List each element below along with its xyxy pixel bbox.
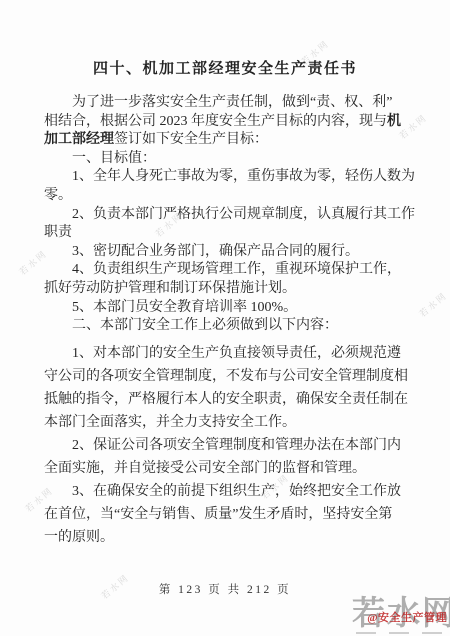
emphasized-text: 加工部经理 (44, 132, 114, 147)
text-line: 2、保证公司各项安全管理制度和管理办法在本部门内 (44, 434, 394, 457)
body-text: 零。 (44, 188, 72, 203)
text-line: 2、负责本部门严格执行公司规章制度，认真履行其工作 (44, 206, 394, 225)
body-text: 抓好劳动防护管理和制订环保措施计划。 (44, 281, 296, 296)
section-goals: 为了进一步落实安全生产责任制，做到“责、权、利”相结合，根据公司 2023 年度… (44, 94, 394, 336)
diagonal-watermark: 若水网 (416, 289, 450, 320)
text-line: 相结合，根据公司 2023 年度安全生产目标的内容，现与机 (44, 113, 394, 132)
text-line: 4、负责组织生产现场管理工作，重视环境保护工作， (44, 261, 394, 280)
body-text: 全面实施，并自觉接受公司安全部门的监督和管理。 (44, 461, 366, 476)
text-line: 加工部经理签订如下安全生产目标： (44, 131, 394, 150)
text-line: 抓好劳动防护管理和制订环保措施计划。 (44, 280, 394, 299)
emphasized-text: 机 (387, 114, 401, 129)
text-line: 1、对本部门的安全生产负直接领导责任，必须规范遵 (44, 342, 394, 365)
body-text: 为了进一步落实安全生产责任制，做到“责、权、利” (72, 95, 392, 110)
text-line: 本部门全面落实，并全力支持安全工作。 (44, 411, 394, 434)
body-text: 3、密切配合业务部门，确保产品合同的履行。 (72, 244, 359, 259)
body-text: 守公司的各项安全管理制度，不发布与公司安全管理制度相 (44, 369, 408, 384)
body-text: 抵触的指令，严格履行本人的安全职责，确保安全责任制在 (44, 392, 408, 407)
brand-watermark-text: 若水网 (352, 598, 450, 631)
text-line: 5、本部门员安全教育培训率 100%。 (44, 299, 394, 318)
page-number: 第 123 页 共 212 页 (0, 581, 450, 597)
text-line: 3、在确保安全的前提下组织生产，始终把安全工作放 (44, 480, 394, 503)
body-text: 一、目标值： (72, 151, 156, 166)
body-text: 4、负责组织生产现场管理工作，重视环境保护工作， (72, 262, 401, 277)
text-line: 3、密切配合业务部门，确保产品合同的履行。 (44, 243, 394, 262)
text-line: 在首位，当“安全与销售、质量”发生矛盾时，坚持安全第 (44, 503, 394, 526)
body-text: 本部门全面落实，并全力支持安全工作。 (44, 415, 296, 430)
text-line: 1、全年人身死亡事故为零，重伤事故为零，轻伤人数为 (44, 168, 394, 187)
body-text: 1、全年人身死亡事故为零，重伤事故为零，轻伤人数为 (72, 169, 415, 184)
body-text: 签订如下安全生产目标： (114, 132, 268, 147)
document-page: 四十、机加工部经理安全生产责任书 为了进一步落实安全生产责任制，做到“责、权、利… (0, 0, 450, 636)
body-text: 职责 (44, 225, 72, 240)
section-duties: 1、对本部门的安全生产负直接领导责任，必须规范遵守公司的各项安全管理制度，不发布… (44, 342, 394, 549)
text-line: 全面实施，并自觉接受公司安全部门的监督和管理。 (44, 457, 394, 480)
text-line: 二、本部门安全工作上必须做到以下内容： (44, 317, 394, 336)
body-text: 1、对本部门的安全生产负直接领导责任，必须规范遵 (72, 346, 401, 361)
text-line: 零。 (44, 187, 394, 206)
text-line: 抵触的指令，严格履行本人的安全职责，确保安全责任制在 (44, 388, 394, 411)
text-line: 守公司的各项安全管理制度，不发布与公司安全管理制度相 (44, 365, 394, 388)
text-line: 为了进一步落实安全生产责任制，做到“责、权、利” (44, 94, 394, 113)
brand-watermark-underline (356, 632, 442, 634)
body-text: 3、在确保安全的前提下组织生产，始终把安全工作放 (72, 484, 401, 499)
text-line: 一的原则。 (44, 526, 394, 549)
text-line: 职责 (44, 224, 394, 243)
body-text: 在首位，当“安全与销售、质量”发生矛盾时，坚持安全第 (44, 507, 392, 522)
body-text: 5、本部门员安全教育培训率 100%。 (72, 300, 297, 315)
body-text: 一的原则。 (44, 530, 114, 545)
text-line: 一、目标值： (44, 150, 394, 169)
brand-watermark-overlay: @安全生产管理 (367, 609, 447, 625)
body-text: 2、负责本部门严格执行公司规章制度，认真履行其工作 (72, 207, 415, 222)
body-text: 二、本部门安全工作上必须做到以下内容： (72, 318, 338, 333)
page-title: 四十、机加工部经理安全生产责任书 (0, 57, 450, 78)
diagonal-watermark: 若水网 (396, 111, 430, 142)
body-text: 相结合，根据公司 2023 年度安全生产目标的内容，现与 (44, 114, 387, 129)
body-text: 2、保证公司各项安全管理制度和管理办法在本部门内 (72, 438, 401, 453)
document-body: 为了进一步落实安全生产责任制，做到“责、权、利”相结合，根据公司 2023 年度… (44, 94, 394, 549)
